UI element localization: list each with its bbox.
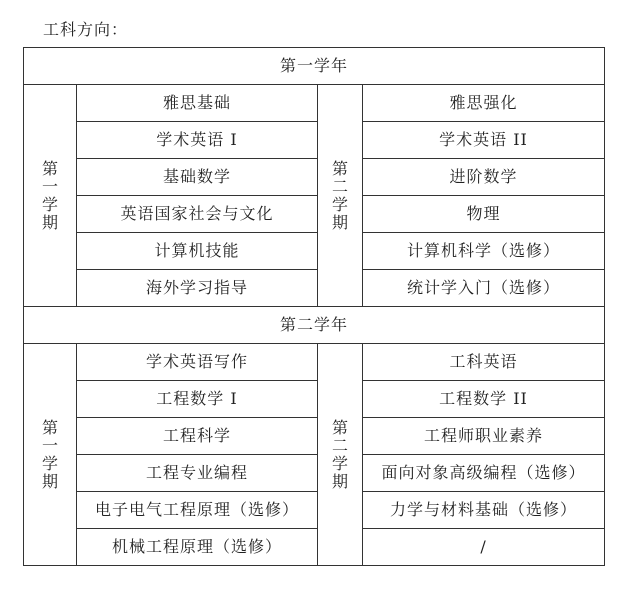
course-cell: 电子电气工程原理（选修） (77, 492, 318, 529)
year-title: 第一学年 (24, 48, 605, 85)
course-cell: 学术英语 II (363, 122, 605, 159)
course-cell: 学术英语 I (77, 122, 318, 159)
table-row: 海外学习指导 统计学入门（选修） (24, 270, 605, 307)
course-cell: 进阶数学 (363, 159, 605, 196)
year-header-row: 第一学年 (24, 48, 605, 85)
course-cell: 工程专业编程 (77, 455, 318, 492)
course-cell: 基础数学 (77, 159, 318, 196)
course-cell: 统计学入门（选修） (363, 270, 605, 307)
course-cell: 英语国家社会与文化 (77, 196, 318, 233)
semester-label: 第一学期 (24, 344, 77, 566)
course-cell: 工科英语 (363, 344, 605, 381)
table-row: 第一学期 学术英语写作 第二学期 工科英语 (24, 344, 605, 381)
table-row: 工程科学 工程师职业素养 (24, 418, 605, 455)
table-row: 计算机技能 计算机科学（选修） (24, 233, 605, 270)
table-row: 工程专业编程 面向对象高级编程（选修） (24, 455, 605, 492)
course-cell: 海外学习指导 (77, 270, 318, 307)
course-cell: 学术英语写作 (77, 344, 318, 381)
course-cell: 工程师职业素养 (363, 418, 605, 455)
table-row: 机械工程原理（选修） / (24, 529, 605, 566)
course-cell: 工程科学 (77, 418, 318, 455)
course-cell: 工程数学 II (363, 381, 605, 418)
course-cell: 计算机科学（选修） (363, 233, 605, 270)
course-cell: 物理 (363, 196, 605, 233)
course-cell: 计算机技能 (77, 233, 318, 270)
course-cell: 机械工程原理（选修） (77, 529, 318, 566)
table-row: 第一学期 雅思基础 第二学期 雅思强化 (24, 85, 605, 122)
section-heading: 工科方向： (43, 17, 128, 40)
table-row: 英语国家社会与文化 物理 (24, 196, 605, 233)
semester-label: 第二学期 (318, 344, 363, 566)
course-plan-table: 第一学年 第一学期 雅思基础 第二学期 雅思强化 学术英语 I 学术英语 II … (23, 47, 605, 566)
course-cell: 雅思基础 (77, 85, 318, 122)
table-row: 电子电气工程原理（选修） 力学与材料基础（选修） (24, 492, 605, 529)
year-title: 第二学年 (24, 307, 605, 344)
table-row: 基础数学 进阶数学 (24, 159, 605, 196)
semester-label: 第一学期 (24, 85, 77, 307)
course-cell: 雅思强化 (363, 85, 605, 122)
course-cell: / (363, 529, 605, 566)
table-row: 工程数学 I 工程数学 II (24, 381, 605, 418)
year-header-row: 第二学年 (24, 307, 605, 344)
course-cell: 力学与材料基础（选修） (363, 492, 605, 529)
course-cell: 工程数学 I (77, 381, 318, 418)
course-cell: 面向对象高级编程（选修） (363, 455, 605, 492)
table-row: 学术英语 I 学术英语 II (24, 122, 605, 159)
semester-label: 第二学期 (318, 85, 363, 307)
